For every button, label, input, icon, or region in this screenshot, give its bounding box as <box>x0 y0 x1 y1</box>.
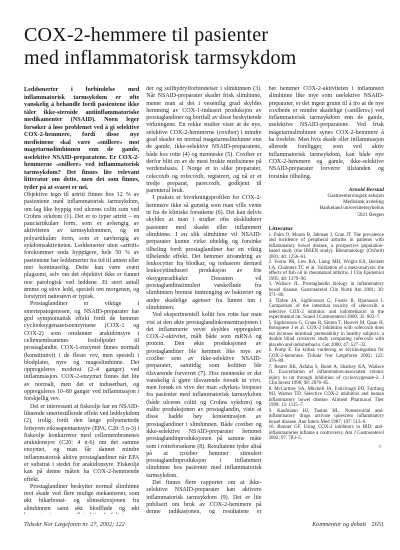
paragraph: Prostaglandiner er viktige i smertepatog… <box>24 301 139 403</box>
paragraph: der og sulfhydrylforbindelser i slimhinn… <box>146 86 261 195</box>
reference-item: 1. Palm O, Moum B, Jahnsen J, Gran JT. T… <box>269 233 384 261</box>
reference-item: 7. Reuter BK, Asfaha S, Buret A, Sharkey… <box>269 365 384 387</box>
paragraph: Det er interessant at fiskeolje har en N… <box>24 404 139 484</box>
article-title: COX-2-hemmere til pasienter med inflamma… <box>24 24 354 70</box>
paragraph: ber hemmer COX-2-aktiviteten i inflammer… <box>269 86 384 181</box>
reference-item: 6. Pomp E. En kritisk vurdering av bivir… <box>269 348 384 365</box>
reference-item: 9. Kaufmann HJ, Taubin HL. Nonsteroidal … <box>269 409 384 426</box>
reference-item: 4. Tibble JA, Sigthorsson G, Foster R, B… <box>269 299 384 321</box>
paragraph: I praksis er bivirkningsprofilen for COX… <box>146 195 261 312</box>
column-3: ber hemmer COX-2-aktiviteten i inflammer… <box>269 86 384 514</box>
reference-item: 5. Sigthorsson G, Crane R, Simon T, Hoov… <box>269 321 384 349</box>
page-number: 2651 <box>372 521 384 528</box>
section-footer: Kommentar og debatt 2651 <box>312 521 384 528</box>
lead-paragraph: Leddsmerter i forbindelse med inflammato… <box>24 86 139 191</box>
literature-heading: Litteratur <box>269 226 384 232</box>
reference-item: 10. Bonner GF. Using COX-2 inhibitors in… <box>269 425 384 442</box>
paragraph: Prostaglandiner beskytter normal slimhin… <box>24 484 139 514</box>
author-affiliation-line: 5021 Bergen <box>269 212 384 218</box>
article-title-line2: med inflammatorisk tarmsykdom <box>24 47 354 70</box>
article-columns: Leddsmerter i forbindelse med inflammato… <box>24 86 384 514</box>
reference-item: 8. McCartney SA, Mitchell JA, Fairclough… <box>269 387 384 409</box>
paragraph: Ved eksperimentell kolitt hos rotte har … <box>146 312 261 480</box>
column-1: Leddsmerter i forbindelse med inflammato… <box>24 86 139 514</box>
journal-page: COX-2-hemmere til pasienter med inflamma… <box>0 0 400 550</box>
column-2: der og sulfhydrylforbindelser i slimhinn… <box>146 86 261 514</box>
article-title-line1: COX-2-hemmere til pasienter <box>24 24 354 47</box>
section-name: Kommentar og debatt <box>312 521 366 528</box>
paragraph: Det finnes flere rapporter om at ikke-se… <box>146 480 261 514</box>
end-of-article-icon: ○ <box>269 444 384 451</box>
paragraph: Objektive tegn til artritt finnes hos 12… <box>24 192 139 301</box>
reference-item: 2. Fortin PR, Lew RA, Liang MH, Wright E… <box>269 260 384 282</box>
author-block: Arnold Berstad Gastroenterologisk seksjo… <box>269 187 384 218</box>
reference-item: 3. Wallace JL. Prostaglandin biology in … <box>269 282 384 299</box>
journal-footer-citation: Tidsskr Nor Lægeforen nr. 27, 2002; 122 <box>24 521 125 528</box>
